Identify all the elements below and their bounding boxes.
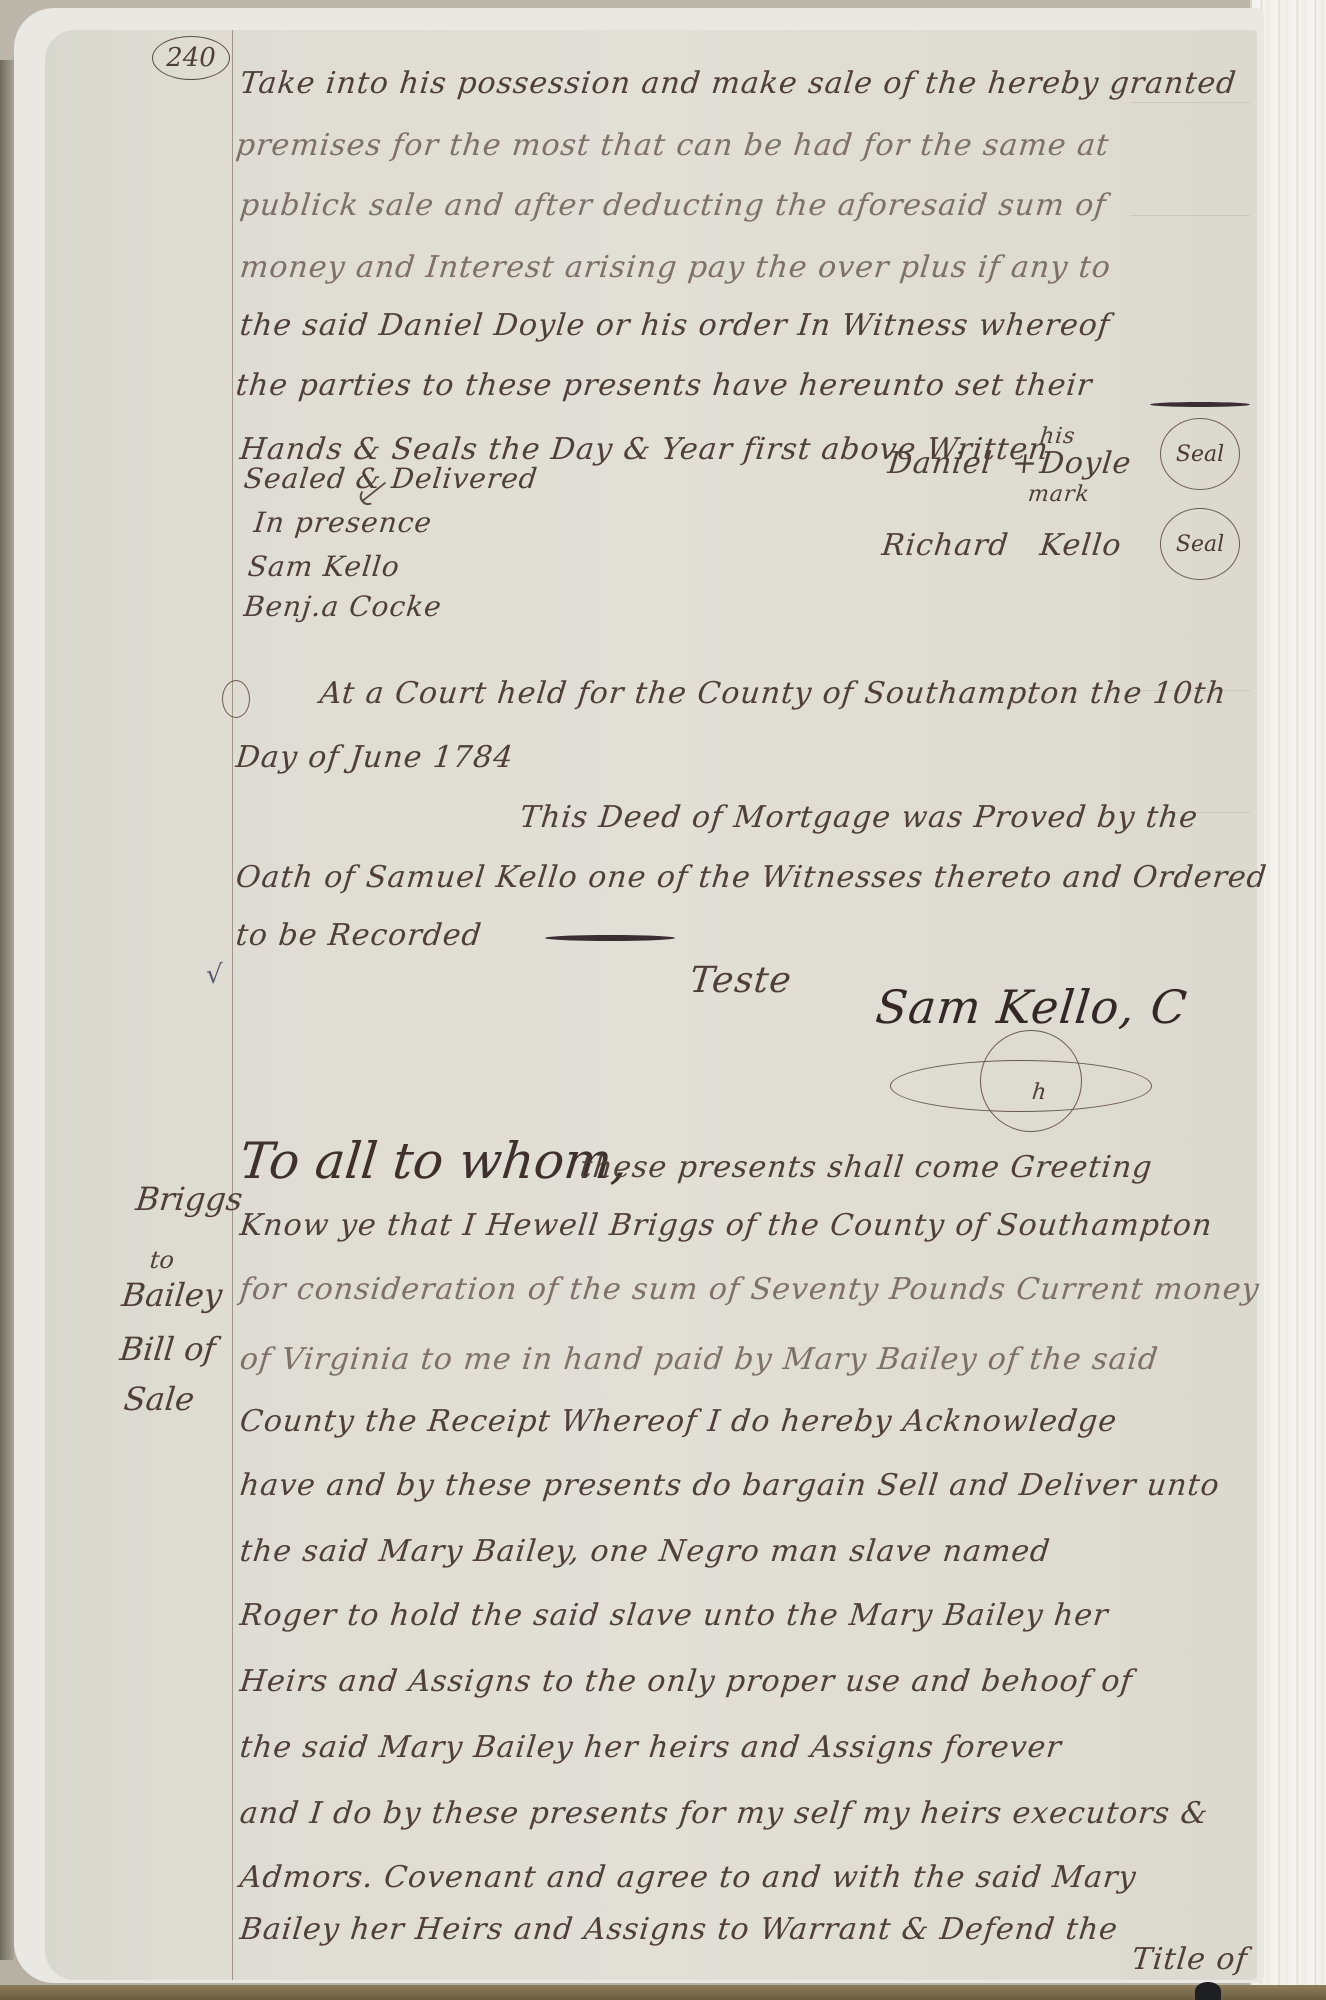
- margin-rule-line: [232, 30, 233, 1980]
- text-line: premises for the most that can be had fo…: [234, 128, 1111, 163]
- text-line: the parties to these presents have hereu…: [234, 368, 1094, 403]
- opening-rest: these presents shall come Greeting: [578, 1150, 1154, 1185]
- signature-flourish-icon: [890, 1060, 1152, 1112]
- signatory-first: Richard: [880, 528, 1010, 563]
- court-line: Day of June 1784: [234, 740, 515, 775]
- ink-line-end: [1150, 402, 1250, 407]
- seal-label: Seal: [1176, 532, 1224, 557]
- text-line: County the Receipt Whereof I do hereby A…: [238, 1404, 1119, 1439]
- text-line: publick sale and after deducting the afo…: [238, 188, 1108, 223]
- folio-number: 240: [152, 36, 230, 80]
- seal-icon: Seal: [1160, 418, 1240, 490]
- text-line: Bailey her Heirs and Assigns to Warrant …: [238, 1912, 1120, 1947]
- witness-name: Benj.a Cocke: [242, 590, 443, 623]
- text-line: Admors. Covenant and agree to and with t…: [238, 1860, 1138, 1895]
- ink-line-end: [545, 935, 675, 941]
- brace-icon: ⸔: [350, 460, 385, 522]
- signatory-first: Daniel: [886, 446, 994, 481]
- text-line: for consideration of the sum of Seventy …: [238, 1272, 1261, 1307]
- paragraph-flourish-icon: [222, 680, 250, 718]
- catchword: Title of: [1130, 1942, 1249, 1977]
- flourish-letter: h: [1031, 1080, 1049, 1105]
- text-line: Heirs and Assigns to the only proper use…: [238, 1664, 1134, 1699]
- seal-icon: Seal: [1160, 508, 1240, 580]
- text-line: the said Daniel Doyle or his order In Wi…: [238, 308, 1112, 343]
- text-line: the said Mary Bailey her heirs and Assig…: [238, 1730, 1063, 1765]
- margin-note-line: to: [149, 1246, 176, 1274]
- clerk-signature: Sam Kello, C: [873, 980, 1190, 1034]
- clasp-icon: [1195, 1982, 1221, 2000]
- text-line: the said Mary Bailey, one Negro man slav…: [238, 1534, 1052, 1569]
- witness-heading-2: In presence: [252, 506, 434, 539]
- court-line: Oath of Samuel Kello one of the Witnesse…: [234, 860, 1269, 895]
- witness-heading: Sealed & Delivered: [242, 462, 539, 495]
- text-line: of Virginia to me in hand paid by Mary B…: [238, 1342, 1160, 1377]
- signatory-mark: +: [1010, 446, 1040, 481]
- mark-label: mark: [1027, 482, 1091, 507]
- text-line: Take into his possession and make sale o…: [238, 66, 1238, 101]
- text-line: money and Interest arising pay the over …: [238, 250, 1113, 285]
- teste-label: Teste: [688, 960, 794, 1001]
- text-line: Know ye that I Hewell Briggs of the Coun…: [238, 1208, 1214, 1243]
- opening-words: To all to whom,: [237, 1132, 631, 1190]
- seal-label: Seal: [1176, 442, 1224, 467]
- margin-note-line: Briggs: [134, 1180, 244, 1218]
- text-line: have and by these presents do bargain Se…: [238, 1468, 1221, 1503]
- margin-note-line: Bill of: [118, 1330, 217, 1368]
- ruled-line: [1130, 215, 1250, 216]
- signatory-last: Doyle: [1038, 446, 1133, 481]
- book-cover-bottom: [0, 1985, 1326, 2000]
- margin-note-line: Bailey: [120, 1276, 224, 1314]
- court-line: to be Recorded: [234, 918, 484, 953]
- ruled-line: [1130, 102, 1250, 103]
- signatory-last: Kello: [1038, 528, 1123, 563]
- text-line: Roger to hold the said slave unto the Ma…: [238, 1598, 1110, 1633]
- checkmark-icon: √: [206, 960, 223, 990]
- facing-page-edge: [0, 60, 14, 1960]
- court-line: This Deed of Mortgage was Proved by the: [518, 800, 1200, 835]
- court-line: At a Court held for the County of Southa…: [318, 676, 1228, 711]
- text-line: and I do by these presents for my self m…: [238, 1796, 1210, 1831]
- witness-name: Sam Kello: [246, 550, 401, 583]
- margin-note-line: Sale: [122, 1380, 196, 1418]
